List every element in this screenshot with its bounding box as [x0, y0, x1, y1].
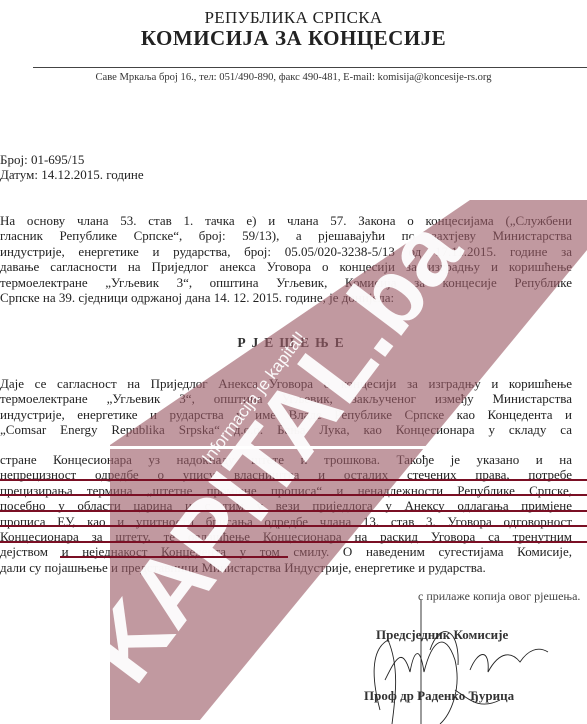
highlight-underline: [0, 510, 587, 512]
intro-paragraph: На основу члана 53. став 1. тачка е) и ч…: [0, 213, 572, 305]
attachment-note: с прилаже копија овог рјешења.: [418, 589, 580, 604]
letterhead-republic: РЕПУБЛИКА СРПСКА: [0, 8, 587, 28]
document-date: Датум: 14.12.2015. године: [0, 167, 144, 183]
intro-line: индустрије, енергетике и рударства, број…: [0, 244, 572, 259]
decision-line: термоелектране „Угљевик 3“, општина Угље…: [0, 391, 572, 406]
signatory-title: Предсједник Комисије: [376, 627, 508, 643]
highlight-underline: [0, 494, 587, 496]
decision-title: РЈЕШЕЊЕ: [0, 335, 587, 351]
decision-line: стране Концесионара уз надокнаду штете и…: [0, 452, 572, 467]
highlight-underline: [0, 541, 587, 543]
decision-line: Даје се сагласност на Приједлог Анекса У…: [0, 376, 572, 391]
decision-line: „Comsar Energy Republika Srpska“ д.о.о. …: [0, 422, 572, 437]
highlight-underline: [0, 525, 587, 527]
intro-line: Српске на 39. сједници одржаној дана 14.…: [0, 290, 572, 305]
letterhead-address: Саве Мркаља број 16., тел: 051/490-890, …: [0, 72, 587, 83]
watermark-kapital-logo: KAPITAL.ba Informacija je kapital!: [0, 0, 587, 724]
intro-line: На основу члана 53. став 1. тачка е) и ч…: [0, 213, 572, 228]
decision-line: дали су појашњење и представници Министа…: [0, 560, 572, 575]
highlight-underline: [0, 479, 587, 481]
decision-line: индустрије, енергетике и рударства у име…: [0, 407, 572, 422]
intro-line: гласник Републике Српске“, број: 59/13),…: [0, 228, 572, 243]
highlight-underline: [60, 556, 288, 558]
document-page: РЕПУБЛИКА СРПСКА КОМИСИЈА ЗА КОНЦЕСИЈЕ С…: [0, 0, 587, 724]
letterhead-divider: [33, 67, 587, 68]
page-cut-gap: [0, 446, 587, 449]
intro-line: давање сагласности на Приједлог анекса У…: [0, 259, 572, 274]
decision-paragraph-top: Даје се сагласност на Приједлог Анекса У…: [0, 376, 572, 438]
letterhead-commission: КОМИСИЈА ЗА КОНЦЕСИЈЕ: [0, 26, 587, 51]
intro-line: термоелектране „Угљевик 3“, општина Угље…: [0, 275, 572, 290]
handwritten-signature: [0, 0, 587, 724]
signatory-name: Проф др Раденко Ђурица: [364, 688, 514, 704]
document-number: Број: 01-695/15: [0, 152, 84, 168]
